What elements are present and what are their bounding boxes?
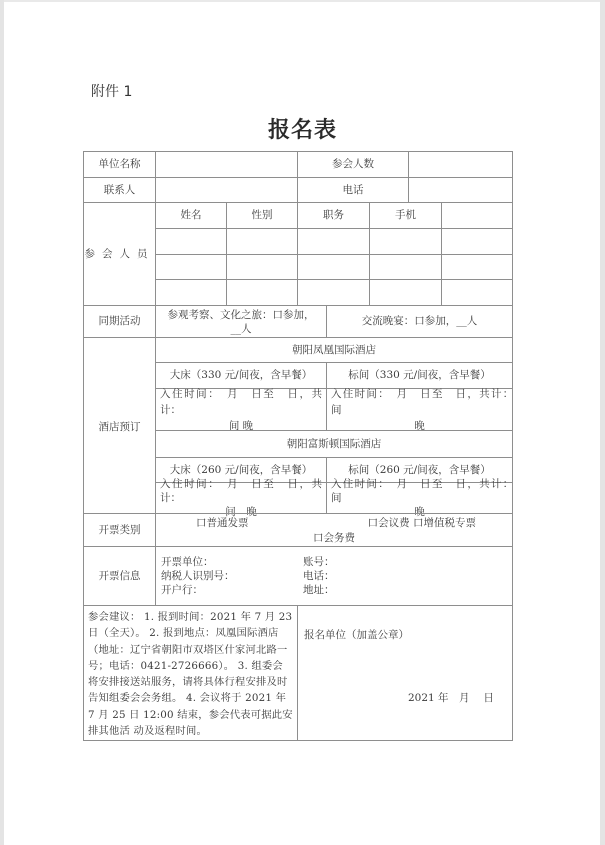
attendee-count-label: 参会人数 (297, 151, 409, 178)
invoice-bank-field[interactable]: 开户行： (161, 583, 303, 597)
participant-2-position[interactable] (297, 254, 370, 280)
activities-label: 同期活动 (83, 305, 156, 338)
page-title: 报名表 (0, 113, 605, 144)
activity-tour-line2: __人 (231, 322, 252, 336)
invoice-type-options: 口普通发票 口会议费 口增值税专票 口会务费 (155, 513, 513, 547)
participants-header-extra (441, 202, 513, 229)
participants-header-position: 职务 (297, 202, 370, 229)
participant-1-name[interactable] (155, 228, 227, 255)
activity-tour-option[interactable]: 参观考察、文化之旅：口参加， __人 (155, 305, 327, 338)
phone-label: 电话 (297, 177, 409, 203)
participant-3-position[interactable] (297, 279, 370, 306)
participant-3-gender[interactable] (226, 279, 298, 306)
participant-3-extra[interactable] (441, 279, 513, 306)
contact-field[interactable] (155, 177, 298, 203)
invoice-taxpayer-id-field[interactable]: 纳税人识别号： (161, 569, 303, 583)
hotel-2-twin-checkin[interactable]: 入住时间： 月 日至 日，共计： 间 晚 (326, 482, 513, 514)
activity-tour-line1: 参观考察、文化之旅：口参加， (168, 308, 315, 322)
attendee-count-field[interactable] (408, 151, 513, 178)
invoice-info-fields: 开票单位： 账号： 纳税人识别号： 电话： 开户行： 地址： (155, 546, 513, 606)
hotel-2-name: 朝阳富斯顿国际酒店 (155, 430, 513, 458)
invoice-phone-field[interactable]: 电话： (303, 569, 335, 583)
hotel-1-king-checkin-line1: 入住时间： 月 日至 日，共计： (160, 386, 322, 418)
invoice-option-service[interactable]: 口会务费 (313, 532, 355, 544)
activity-banquet-option[interactable]: 交流晚宴：口参加，__人 (326, 305, 513, 338)
participants-header-mobile: 手机 (369, 202, 442, 229)
unit-name-field[interactable] (155, 151, 298, 178)
participant-2-gender[interactable] (226, 254, 298, 280)
invoice-option-general[interactable]: 口普通发票 (196, 516, 249, 531)
hotel-1-king-checkin[interactable]: 入住时间： 月 日至 日，共计： 间 晚 (155, 388, 327, 431)
participants-header-name: 姓名 (155, 202, 227, 229)
participant-1-gender[interactable] (226, 228, 298, 255)
invoice-type-label: 开票类别 (83, 513, 156, 547)
invoice-account-field[interactable]: 账号： (303, 555, 335, 569)
invoice-option-meeting-vat[interactable]: 口会议费 口增值税专票 (368, 516, 476, 531)
hotel-2-twin-checkin-line1: 入住时间： 月 日至 日，共计： 间 (331, 477, 508, 505)
hotel-2-king-checkin-line1: 入住时间： 月 日至 日，共计： (160, 477, 322, 505)
participant-3-mobile[interactable] (369, 279, 442, 306)
contact-label: 联系人 (83, 177, 156, 203)
participant-1-extra[interactable] (441, 228, 513, 255)
unit-name-label: 单位名称 (83, 151, 156, 178)
participant-2-extra[interactable] (441, 254, 513, 280)
participants-label: 参会人员 (83, 202, 156, 306)
participant-1-position[interactable] (297, 228, 370, 255)
page-edge-top (0, 0, 605, 2)
attachment-label: 附件 1 (91, 81, 132, 101)
participant-2-name[interactable] (155, 254, 227, 280)
stamp-label: 报名单位（加盖公章） (304, 628, 409, 643)
stamp-date: 2021 年 月 日 (408, 691, 494, 706)
participant-3-name[interactable] (155, 279, 227, 306)
hotel-1-name: 朝阳凤凰国际酒店 (155, 337, 513, 363)
participant-2-mobile[interactable] (369, 254, 442, 280)
participants-header-gender: 性别 (226, 202, 298, 229)
hotel-2-king-checkin[interactable]: 入住时间： 月 日至 日，共计： 间 晚 (155, 482, 327, 514)
invoice-info-label: 开票信息 (83, 546, 156, 606)
participant-1-mobile[interactable] (369, 228, 442, 255)
invoice-address-field[interactable]: 地址： (303, 583, 335, 597)
phone-field[interactable] (408, 177, 513, 203)
invoice-company-field[interactable]: 开票单位： (161, 555, 303, 569)
hotel-booking-label: 酒店预订 (83, 337, 156, 514)
attendance-suggestions: 参会建议： 1. 报到时间：2021 年 7 月 23 日（全天）。 2. 报到… (83, 605, 298, 741)
stamp-area: 报名单位（加盖公章） 2021 年 月 日 (297, 605, 513, 741)
hotel-booking-label-text: 酒店预订 (99, 416, 141, 435)
hotel-1-twin-checkin[interactable]: 入住时间： 月 日至 日，共计： 间 晚 (326, 388, 513, 431)
hotel-1-twin-checkin-line1: 入住时间： 月 日至 日，共计： 间 (331, 386, 508, 418)
